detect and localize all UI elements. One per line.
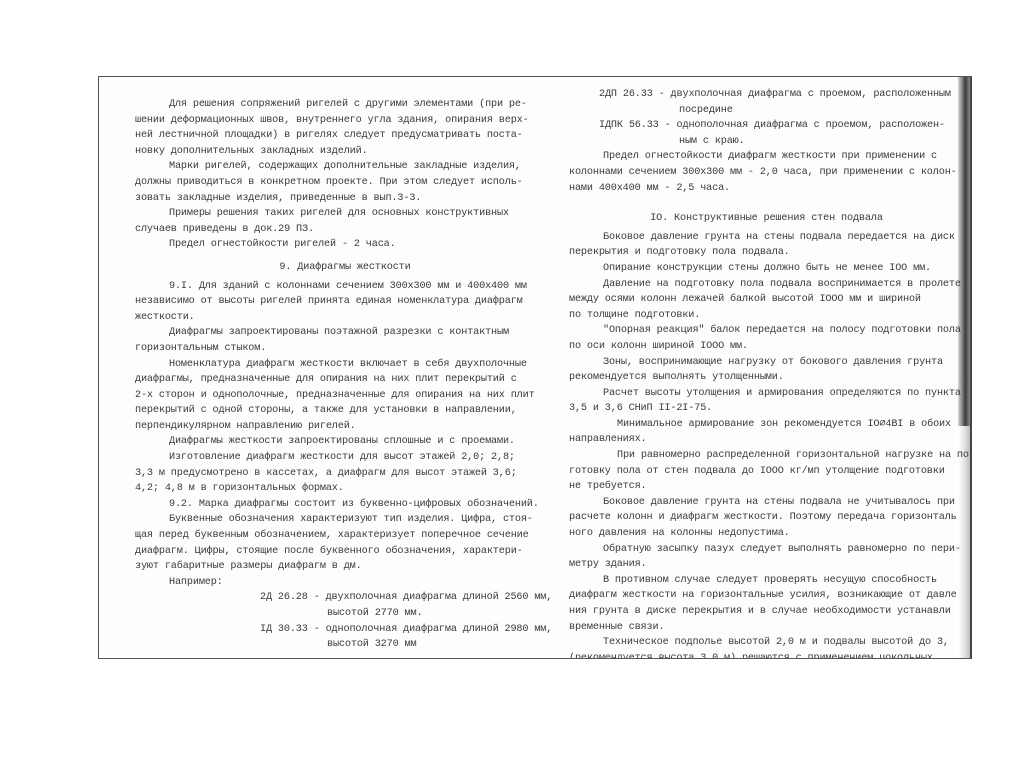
- text-line: Изготовление диафрагм жесткости для высо…: [135, 450, 555, 466]
- text-line: диафрагм. Цифры, стоящие после буквенног…: [135, 544, 555, 560]
- text-line: ней лестничной площадки) в ригелях следу…: [135, 128, 555, 144]
- text-line: расчете колонн и диафрагм жесткости. Поэ…: [569, 510, 964, 526]
- text-line: Буквенные обозначения характеризуют тип …: [135, 512, 555, 528]
- text-line: Диафрагмы жесткости запроектированы спло…: [135, 434, 555, 450]
- text-line: ным с краю.: [569, 134, 964, 150]
- text-line: Минимальное армирование зон рекомендуетс…: [569, 417, 964, 433]
- text-line: IДПК 56.33 - однополочная диафрагма с пр…: [569, 118, 964, 134]
- text-line: Техническое подполье высотой 2,0 м и под…: [569, 635, 964, 651]
- diaphragm-examples: 2ДП 26.33 - двухполочная диафрагма с про…: [569, 87, 964, 196]
- text-line: метру здания.: [569, 557, 964, 573]
- text-line: Обратную засыпку пазух следует выполнять…: [569, 542, 964, 558]
- text-line: 2-х сторон и однополочные, предназначенн…: [135, 388, 555, 404]
- text-line: по толщине подготовки.: [569, 308, 964, 324]
- scanned-document-spread: Для решения сопряжений ригелей с другими…: [98, 76, 972, 659]
- right-page: 2ДП 26.33 - двухполочная диафрагма с про…: [569, 87, 964, 659]
- section-9-body: 9.I. Для зданий с колоннами сечением 300…: [135, 279, 555, 653]
- text-line: 2Д 26.28 - двухполочная диафрагма длиной…: [135, 590, 555, 606]
- text-line: (рекомендуется высота 3,0 м) решаются с …: [569, 651, 964, 659]
- text-line: готовку пола от стен подвала до IOOO кг/…: [569, 464, 964, 480]
- text-line: IД 30.33 - однополочная диафрагма длиной…: [135, 622, 555, 638]
- text-line: колоннами сечением 300х300 мм - 2,0 часа…: [569, 165, 964, 181]
- text-line: перекрытий с одной стороны, а также для …: [135, 403, 555, 419]
- text-line: В противном случае следует проверять нес…: [569, 573, 964, 589]
- text-line: Номенклатура диафрагм жесткости включает…: [135, 357, 555, 373]
- text-line: рекомендуется выполнять утолщенными.: [569, 370, 964, 386]
- text-line: Предел огнестойкости диафрагм жесткости …: [569, 149, 964, 165]
- text-line: между осями колонн лежачей балкой высото…: [569, 292, 964, 308]
- text-line: Предел огнестойкости ригелей - 2 часа.: [135, 237, 555, 253]
- text-line: Боковое давление грунта на стены подвала…: [569, 230, 964, 246]
- section-9-title: 9. Диафрагмы жесткости: [135, 260, 555, 276]
- text-line: Зоны, воспринимающие нагрузку от боковог…: [569, 355, 964, 371]
- text-line: зовать закладные изделия, приведенные в …: [135, 191, 555, 207]
- text-line: не требуется.: [569, 479, 964, 495]
- text-line: ного давления на колонны недопустима.: [569, 526, 964, 542]
- text-line: 3,3 м предусмотрено в кассетах, а диафра…: [135, 466, 555, 482]
- text-line: нами 400х400 мм - 2,5 часа.: [569, 181, 964, 197]
- text-line: горизонтальным стыком.: [135, 341, 555, 357]
- text-line: должны приводиться в конкретном проекте.…: [135, 175, 555, 191]
- text-line: 9.2. Марка диафрагмы состоит из буквенно…: [135, 497, 555, 513]
- text-line: "Опорная реакция" балок передается на по…: [569, 323, 964, 339]
- section-10-title: IO. Конструктивные решения стен подвала: [569, 211, 964, 227]
- text-line: зуют габаритные размеры диафрагм в дм.: [135, 559, 555, 575]
- text-line: Например:: [135, 575, 555, 591]
- text-line: шении деформационных швов, внутреннего у…: [135, 113, 555, 129]
- text-line: Боковое давление грунта на стены подвала…: [569, 495, 964, 511]
- text-line: посредине: [569, 103, 964, 119]
- text-line: Давление на подготовку пола подвала восп…: [569, 277, 964, 293]
- text-line: 9.I. Для зданий с колоннами сечением 300…: [135, 279, 555, 295]
- text-line: 3,5 и 3,6 СНиП II-2I-75.: [569, 401, 964, 417]
- text-line: случаев приведены в док.29 ПЗ.: [135, 222, 555, 238]
- text-line: ния грунта в диске перекрытия и в случае…: [569, 604, 964, 620]
- text-line: независимо от высоты ригелей принята еди…: [135, 294, 555, 310]
- text-line: высотой 3270 мм: [135, 637, 555, 653]
- intro-paragraphs: Для решения сопряжений ригелей с другими…: [135, 97, 555, 253]
- text-line: Для решения сопряжений ригелей с другими…: [135, 97, 555, 113]
- text-line: Опирание конструкции стены должно быть н…: [569, 261, 964, 277]
- text-line: При равномерно распределенной горизонтал…: [569, 448, 964, 464]
- text-line: Марки ригелей, содержащих дополнительные…: [135, 159, 555, 175]
- text-line: перекрытия и подготовку пола подвала.: [569, 245, 964, 261]
- text-line: жесткости.: [135, 310, 555, 326]
- text-line: Диафрагмы запроектированы поэтажной разр…: [135, 325, 555, 341]
- text-line: новку дополнительных закладных изделий.: [135, 144, 555, 160]
- section-10-body: Боковое давление грунта на стены подвала…: [569, 230, 964, 659]
- text-line: щая перед буквенным обозначением, характ…: [135, 528, 555, 544]
- text-line: 4,2; 4,8 м в горизонтальных формах.: [135, 481, 555, 497]
- text-line: диафрагм жесткости на горизонтальные уси…: [569, 588, 964, 604]
- text-line: Примеры решения таких ригелей для основн…: [135, 206, 555, 222]
- text-line: 2ДП 26.33 - двухполочная диафрагма с про…: [569, 87, 964, 103]
- left-page: Для решения сопряжений ригелей с другими…: [135, 97, 555, 653]
- text-line: перпендикулярном направлению ригелей.: [135, 419, 555, 435]
- text-line: Расчет высоты утолщения и армирования оп…: [569, 386, 964, 402]
- text-line: направлениях.: [569, 432, 964, 448]
- text-line: высотой 2770 мм.: [135, 606, 555, 622]
- text-line: временные связи.: [569, 620, 964, 636]
- text-line: по оси колонн шириной IOOO мм.: [569, 339, 964, 355]
- text-line: диафрагмы, предназначенные для опирания …: [135, 372, 555, 388]
